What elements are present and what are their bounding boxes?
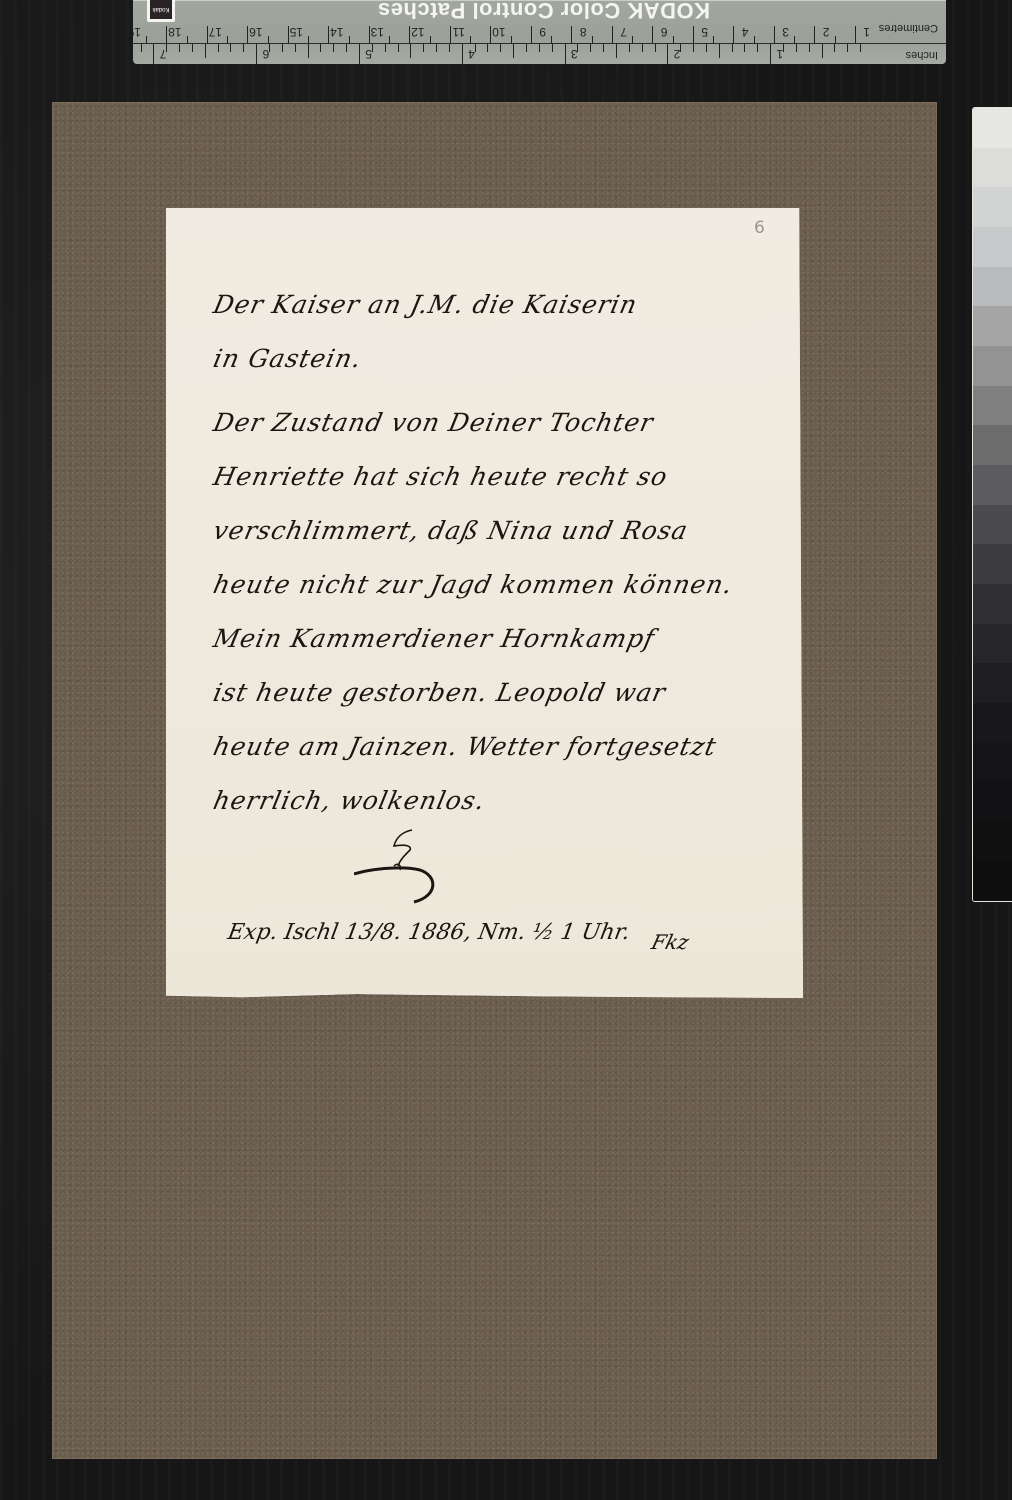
inch-subtick (179, 44, 180, 52)
half-cm-tick (389, 36, 390, 44)
inch-subtick (642, 44, 643, 52)
inch-subtick (796, 44, 797, 52)
half-cm-tick (470, 36, 471, 44)
gray-patch (973, 505, 1012, 545)
letter-line: Mein Kammerdiener Hornkampf (208, 612, 799, 666)
cm-tick-label: 19 (133, 26, 141, 38)
inch-subtick (141, 44, 142, 52)
gray-patch (973, 624, 1012, 664)
inch-subtick (552, 44, 553, 52)
letter-line: heute nicht zur Jagd kommen können. (208, 558, 799, 612)
cm-tick-label: 6 (661, 26, 668, 38)
inch-subtick (834, 44, 835, 52)
ruler-brand-text: KODAK Color Control Patches (377, 0, 710, 20)
dispatch-dateline: Exp. Ischl 13/8. 1886, Nm. ½ 1 Uhr. (226, 920, 632, 945)
inch-subtick (282, 44, 283, 52)
inch-subtick (719, 44, 720, 58)
gray-patch (973, 227, 1012, 267)
signature-flourish-icon (354, 826, 444, 906)
letter-line: in Gastein. (208, 332, 799, 386)
inch-subtick (693, 44, 694, 52)
gray-patch (973, 465, 1012, 505)
cm-tick-label: 7 (620, 26, 627, 38)
inch-subtick (488, 44, 489, 52)
gray-patch (973, 663, 1012, 703)
inch-subtick (205, 44, 206, 58)
kodak-logo-icon: Kodak (147, 0, 175, 22)
folio-number: 6 (754, 218, 765, 238)
gray-patch (973, 108, 1012, 148)
inch-subtick (308, 44, 309, 58)
gray-patch (973, 782, 1012, 822)
inch-subtick (732, 44, 733, 52)
inch-subtick (410, 44, 411, 58)
inch-tick (359, 44, 360, 64)
ruler-centimetres-label: Centimetres (879, 22, 938, 34)
letter-line: Der Zustand von Deiner Tochter (208, 396, 799, 450)
inch-subtick (616, 44, 617, 58)
cm-tick-label: 4 (742, 26, 749, 38)
inch-subtick (655, 44, 656, 52)
inch-subtick (372, 44, 373, 52)
letter-line: verschlimmert, daß Nina und Rosa (208, 504, 799, 558)
inch-subtick (269, 44, 270, 52)
letter-line: Der Kaiser an J.M. die Kaiserin (208, 278, 799, 332)
gray-patch (973, 743, 1012, 783)
half-cm-tick (308, 36, 309, 44)
inch-subtick (539, 44, 540, 52)
letter-line: ist heute gestorben. Leopold war (208, 666, 799, 720)
cm-tick-label: 13 (371, 26, 384, 38)
cm-tick (734, 26, 735, 44)
half-cm-tick (511, 36, 512, 44)
cm-tick (531, 26, 532, 44)
cm-tick (653, 26, 654, 44)
gray-patch (973, 267, 1012, 307)
grayscale-control-strip (972, 107, 1012, 902)
half-cm-tick (754, 36, 755, 44)
half-cm-tick (187, 36, 188, 44)
gray-patch (973, 306, 1012, 346)
half-cm-tick (835, 36, 836, 44)
inch-subtick (475, 44, 476, 52)
half-cm-tick (268, 36, 269, 44)
half-cm-tick (430, 36, 431, 44)
cm-tick-label: 18 (168, 26, 181, 38)
half-cm-tick (592, 36, 593, 44)
inch-subtick (577, 44, 578, 52)
inch-tick (565, 44, 566, 64)
half-cm-tick (632, 36, 633, 44)
cm-tick (774, 26, 775, 44)
gray-patch (973, 346, 1012, 386)
cm-tick-label: 3 (782, 26, 789, 38)
gray-patch (973, 584, 1012, 624)
inch-subtick (680, 44, 681, 52)
inch-tick (462, 44, 463, 64)
gray-patch (973, 544, 1012, 584)
half-cm-tick (146, 36, 147, 44)
cm-tick-label: 15 (290, 26, 303, 38)
half-cm-tick (349, 36, 350, 44)
inch-subtick (346, 44, 347, 52)
inch-subtick (590, 44, 591, 52)
half-cm-tick (713, 36, 714, 44)
inch-subtick (822, 44, 823, 58)
cm-tick-label: 5 (701, 26, 708, 38)
gray-patch (973, 386, 1012, 426)
inch-subtick (860, 44, 861, 52)
gray-patch (973, 703, 1012, 743)
letter-line: herrlich, wolkenlos. (208, 774, 799, 828)
cm-tick-label: 14 (330, 26, 343, 38)
clerk-initials: Fkz (649, 930, 692, 954)
inch-subtick (847, 44, 848, 52)
letter-body: Der Kaiser an J.M. die Kaiserin in Gaste… (208, 278, 788, 828)
cm-tick (855, 26, 856, 44)
cm-tick (693, 26, 694, 44)
inch-tick (667, 44, 668, 64)
inch-subtick (757, 44, 758, 52)
inch-subtick (603, 44, 604, 52)
ruler-flipped-face: Inches Centimetres KODAK Color Control P… (133, 0, 946, 64)
inch-subtick (385, 44, 386, 52)
cm-tick-label: 1 (863, 26, 870, 38)
inch-subtick (436, 44, 437, 52)
inch-tick (256, 44, 257, 64)
inch-subtick (320, 44, 321, 52)
kodak-ruler: Inches Centimetres KODAK Color Control P… (133, 0, 946, 64)
inch-tick (770, 44, 771, 64)
cm-tick-label: 11 (453, 26, 465, 38)
cm-tick (815, 26, 816, 44)
gray-patch (973, 861, 1012, 901)
inch-subtick (166, 44, 167, 52)
cm-tick-label: 16 (249, 26, 262, 38)
inch-subtick (629, 44, 630, 52)
inch-subtick (243, 44, 244, 52)
inch-subtick (449, 44, 450, 52)
cm-tick-label: 12 (411, 26, 424, 38)
ruler-inches-label: Inches (906, 49, 938, 61)
inch-subtick (192, 44, 193, 52)
inch-tick (153, 44, 154, 64)
inch-subtick (398, 44, 399, 52)
inch-subtick (706, 44, 707, 52)
inch-subtick (513, 44, 514, 58)
cm-tick (612, 26, 613, 44)
inch-subtick (783, 44, 784, 52)
inch-subtick (809, 44, 810, 52)
gray-patch (973, 148, 1012, 188)
letter-line: Henriette hat sich heute recht so (208, 450, 799, 504)
cm-tick (450, 26, 451, 44)
letter-sheet: 6 Der Kaiser an J.M. die Kaiserin in Gas… (166, 208, 803, 998)
cm-tick-label: 17 (209, 26, 222, 38)
cm-tick-label: 2 (823, 26, 830, 38)
cm-tick-label: 9 (539, 26, 546, 38)
inch-subtick (526, 44, 527, 52)
half-cm-tick (551, 36, 552, 44)
cm-tick-label: 10 (492, 26, 505, 38)
inch-subtick (745, 44, 746, 52)
half-cm-tick (673, 36, 674, 44)
letter-line: heute am Jainzen. Wetter fortgesetzt (208, 720, 799, 774)
inch-subtick (295, 44, 296, 52)
inch-subtick (500, 44, 501, 52)
half-cm-tick (794, 36, 795, 44)
inch-subtick (333, 44, 334, 52)
gray-patch (973, 187, 1012, 227)
inch-subtick (218, 44, 219, 52)
cm-tick (572, 26, 573, 44)
inch-subtick (423, 44, 424, 52)
gray-patch (973, 425, 1012, 465)
half-cm-tick (227, 36, 228, 44)
gray-patch (973, 822, 1012, 862)
inch-subtick (231, 44, 232, 52)
cm-tick-label: 8 (580, 26, 587, 38)
